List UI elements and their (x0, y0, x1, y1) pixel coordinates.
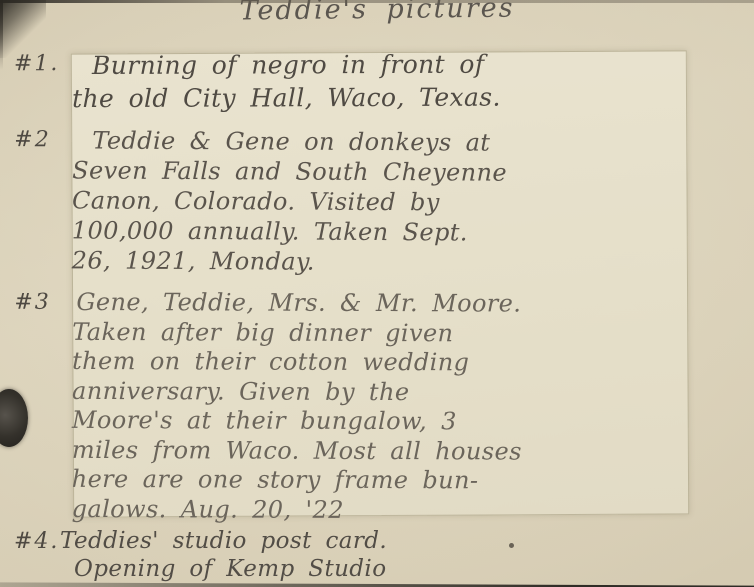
entry-list: #1. Burning of negro in front of the old… (14, 48, 740, 583)
entry-2-number: #2 (14, 125, 72, 152)
entry-line: Teddies' studio post card. (60, 527, 740, 555)
entry-line: the old City Hall, Waco, Texas. (72, 80, 740, 115)
entry-2-text: Teddie & Gene on donkeys at Seven Falls … (72, 125, 741, 278)
entry-line: Burning of negro in front of (92, 47, 740, 82)
entry-4-text: Teddies' studio post card. Opening of Ke… (60, 527, 740, 583)
entry-line: Canon, Colorado. Visited by (72, 185, 740, 218)
entry-4: #4. Teddies' studio post card. Opening o… (14, 527, 740, 583)
scanned-album-page: Teddie's pictures #1. Burning of negro i… (0, 0, 754, 587)
entry-1-text: Burning of negro in front of the old Cit… (72, 47, 740, 115)
entry-3: #3 Gene, Teddie, Mrs. & Mr. Moore. Taken… (14, 288, 741, 527)
entry-4-number: #4. (14, 527, 60, 554)
entry-line: them on their cotton wedding (72, 347, 740, 379)
entry-1: #1. Burning of negro in front of the old… (14, 47, 740, 116)
entry-line: Opening of Kemp Studio (74, 555, 740, 583)
entry-line: anniversary. Given by the (72, 376, 740, 408)
entry-line: Seven Falls and South Cheyenne (72, 155, 740, 188)
entry-3-text: Gene, Teddie, Mrs. & Mr. Moore. Taken af… (72, 288, 741, 526)
entry-line: miles from Waco. Most all houses (72, 435, 740, 467)
entry-3-number: #3 (14, 288, 72, 315)
page-title: Teddie's pictures (0, 0, 754, 29)
handwriting-layer: Teddie's pictures #1. Burning of negro i… (0, 0, 754, 587)
scan-corner-shadow (0, 0, 46, 58)
entry-line: 26, 1921, Monday. (72, 245, 740, 278)
entry-line: here are one story frame bun- (72, 465, 740, 497)
entry-line: Moore's at their bungalow, 3 (72, 406, 740, 438)
entry-2: #2 Teddie & Gene on donkeys at Seven Fal… (14, 125, 741, 279)
entry-line: Gene, Teddie, Mrs. & Mr. Moore. (76, 288, 740, 320)
entry-line: 100,000 annually. Taken Sept. (72, 215, 740, 248)
paper-speck (509, 543, 514, 548)
entry-line: Taken after big dinner given (72, 317, 740, 349)
scan-top-edge (0, 0, 754, 3)
entry-line: galows. Aug. 20, '22 (72, 494, 740, 526)
entry-line: Teddie & Gene on donkeys at (92, 126, 740, 159)
